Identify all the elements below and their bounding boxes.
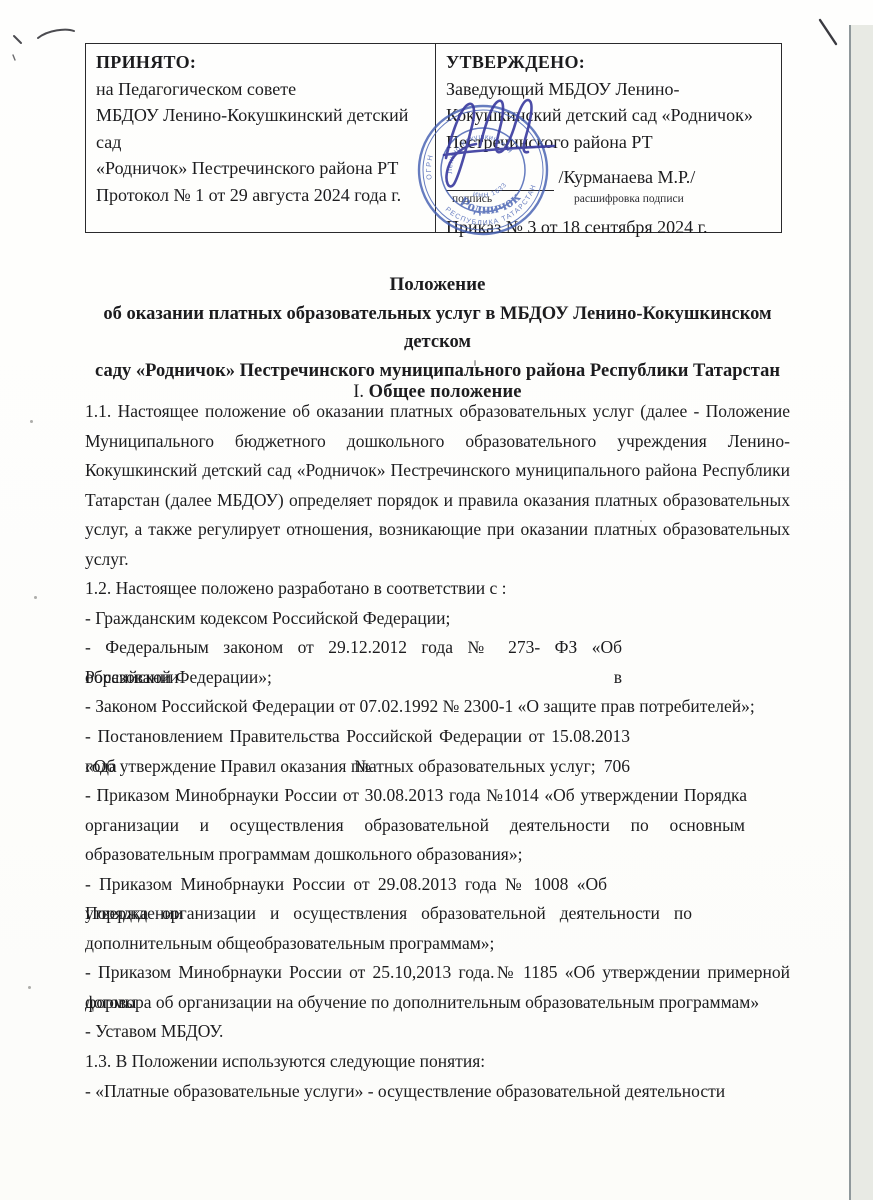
scanned-document-page: ПРИНЯТО: на Педагогическом советеМБДОУ Л… (0, 0, 873, 1200)
body-line: - Приказом Минобрнауки России от 30.08.2… (85, 781, 747, 811)
scan-speck (28, 986, 31, 989)
body-line: Порядка организации и осуществления обра… (85, 899, 692, 929)
body-text: 1.1. Настоящее положение об оказании пла… (85, 397, 790, 1106)
body-line: - Гражданским кодексом Российской Федера… (85, 604, 790, 634)
body-line: - Уставом МБДОУ. (85, 1017, 790, 1047)
body-line: 1.1. Настоящее положение об оказании пла… (85, 397, 790, 427)
body-line: 1.3. В Положении используются следующие … (85, 1047, 790, 1077)
body-line: договора об организации на обучение по д… (85, 988, 790, 1018)
body-line: услуг, а также регулирует отношения, воз… (85, 515, 790, 545)
body-line: Кокушкинский детский сад «Родничок» Пест… (85, 456, 790, 486)
transcript-label: расшифровка подписи (574, 186, 684, 213)
accepted-lines: на Педагогическом советеМБДОУ Ленино-Кок… (96, 76, 425, 209)
body-line: Муниципального бюджетного дошкольного об… (85, 427, 790, 457)
accepted-line: на Педагогическом совете (96, 76, 425, 103)
scan-edge-line (849, 25, 851, 1200)
pen-mark-top-right (814, 16, 844, 50)
body-line: - Федеральным законом от 29.12.2012 года… (85, 633, 622, 663)
document-title: Положение об оказании платных образовате… (85, 271, 790, 385)
body-line: образовательным программам дошкольного о… (85, 840, 790, 870)
handwritten-signature (436, 88, 566, 193)
body-line: - Законом Российской Федерации от 07.02.… (85, 692, 790, 722)
accepted-line: «Родничок» Пестречинского района РТ (96, 155, 425, 182)
body-line: - Приказом Минобрнауки России от 25.10,2… (85, 958, 790, 988)
body-line: «Об утверждение Правил оказания платных … (85, 752, 790, 782)
body-line: - Постановлением Правительства Российско… (85, 722, 630, 752)
approved-title: УТВЕРЖДЕНО: (446, 49, 771, 76)
title-line-2: об оказании платных образовательных услу… (85, 300, 790, 357)
body-line: 1.2. Настоящее положено разработано в со… (85, 574, 790, 604)
body-line: организации и осуществления образователь… (85, 811, 745, 841)
title-line-1: Положение (85, 271, 790, 300)
body-line: дополнительным общеобразовательным прогр… (85, 929, 790, 959)
scan-speck (30, 420, 33, 423)
scan-edge-band (851, 25, 873, 1200)
accepted-title: ПРИНЯТО: (96, 49, 425, 76)
accepted-cell: ПРИНЯТО: на Педагогическом советеМБДОУ Л… (86, 44, 436, 232)
body-line: Татарстан (далее МБДОУ) определяет поряд… (85, 486, 790, 516)
body-line: - «Платные образовательные услуги» - осу… (85, 1077, 790, 1107)
body-line: услуг. (85, 545, 790, 575)
accepted-line: МБДОУ Ленино-Кокушкинский детский сад (96, 102, 425, 155)
scan-speck (34, 596, 37, 599)
body-line: - Приказом Минобрнауки России от 29.08.2… (85, 870, 607, 900)
signature-name: /Курманаева М.Р./ (559, 167, 696, 187)
accepted-line: Протокол № 1 от 29 августа 2024 года г. (96, 182, 425, 209)
